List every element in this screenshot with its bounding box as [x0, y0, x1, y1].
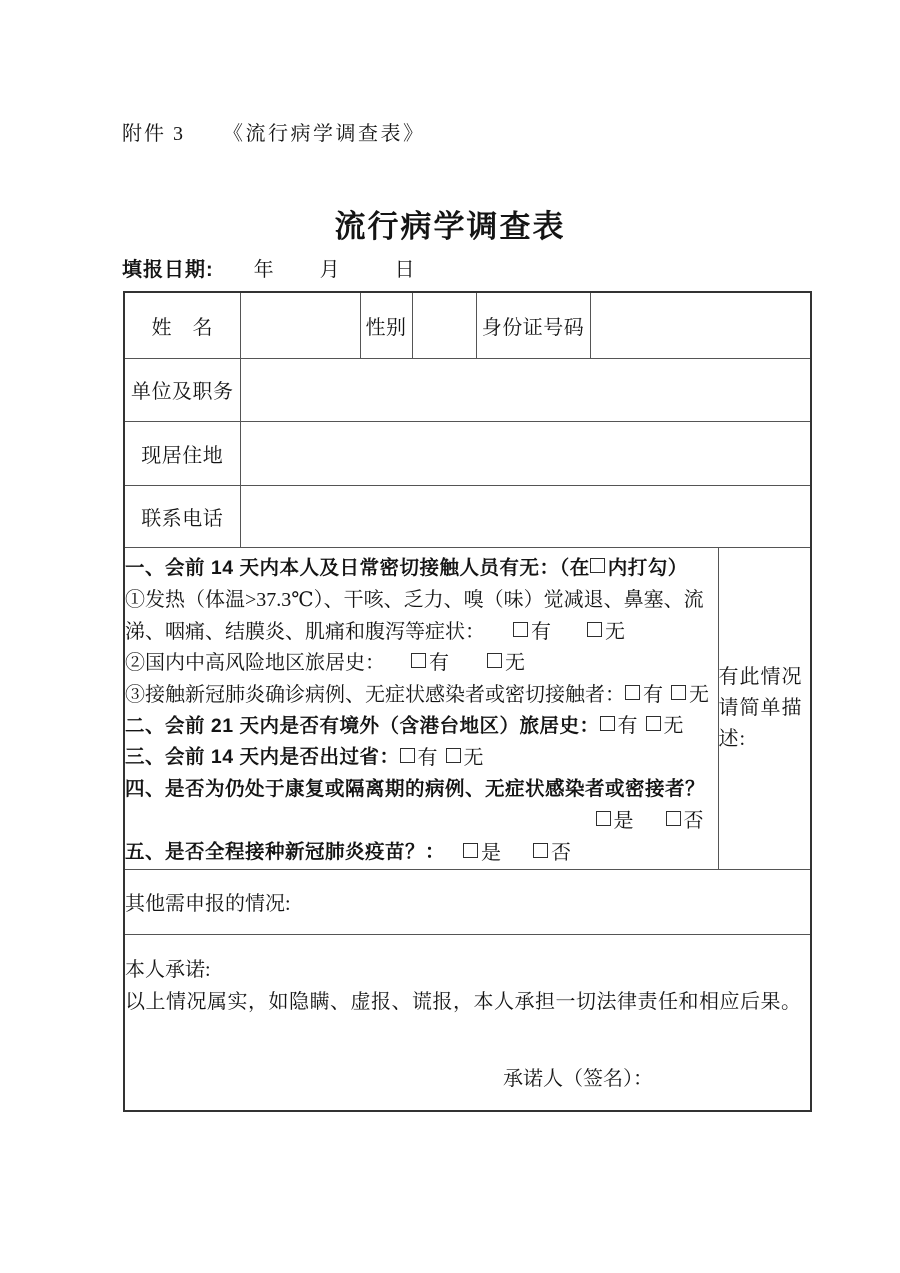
checkbox[interactable] — [600, 716, 615, 731]
attachment-label: 附件 3 — [122, 123, 185, 145]
name-input-cell[interactable] — [240, 292, 360, 358]
checkbox-label: 有 — [643, 678, 663, 707]
survey-table: 姓 名 性别 身份证号码 单位及职务 现居住地 联系电话 一、会前 14 天内本… — [123, 291, 812, 1112]
id-number-input-cell[interactable] — [590, 292, 811, 358]
question-line: ③接触新冠肺炎确诊病例、无症状感染者或密切接触者：有无 — [125, 676, 718, 708]
checkbox-label: 无 — [689, 678, 709, 707]
checkbox[interactable] — [666, 811, 681, 826]
question-text: 涕、咽痛、结膜炎、肌痛和腹泻等症状： — [125, 615, 485, 644]
name-label: 姓 名 — [124, 292, 240, 358]
table-row: 本人承诺: 以上情况属实，如隐瞒、虚报、谎报，本人承担一切法律责任和相应后果。 … — [124, 934, 811, 1111]
page-title: 流行病学调查表 — [0, 201, 900, 246]
question-text: 五、是否全程接种新冠肺炎疫苗？： — [125, 836, 445, 864]
pledge-body: 以上情况属实，如隐瞒、虚报、谎报，本人承担一切法律责任和相应后果。 — [125, 986, 810, 1018]
unit-label: 单位及职务 — [124, 358, 240, 421]
document-page: 附件 3《流行病学调查表》 流行病学调查表 填报日期:年月日 姓 名 性别 身份… — [0, 0, 900, 1273]
question-line: ②国内中高风险地区旅居史：有无 — [125, 645, 718, 677]
other-situations-cell[interactable]: 其他需申报的情况: — [124, 869, 811, 934]
question-line: 二、会前 21 天内是否有境外（含港台地区）旅居史：有无 — [125, 708, 718, 740]
checkbox-label: 有 — [429, 646, 449, 675]
checkbox[interactable] — [625, 685, 640, 700]
question-line: ①发热（体温>37.3℃）、干咳、乏力、嗅（味）觉减退、鼻塞、流 — [125, 582, 718, 614]
checkbox[interactable] — [400, 748, 415, 763]
checkbox[interactable] — [411, 653, 426, 668]
question-text: 内打勾） — [608, 552, 688, 580]
question-line: 一、会前 14 天内本人及日常密切接触人员有无：（在内打勾） — [125, 550, 718, 582]
checkbox-label: 否 — [684, 804, 704, 833]
attachment-note: 附件 3《流行病学调查表》 — [122, 117, 426, 146]
question-text: ①发热（体温>37.3℃）、干咳、乏力、嗅（味）觉减退、鼻塞、流 — [125, 583, 704, 612]
checkbox[interactable] — [646, 716, 661, 731]
question-line: 是否 — [125, 803, 718, 835]
question-text: ②国内中高风险地区旅居史： — [125, 646, 385, 675]
signature-label[interactable]: 承诺人（签名）： — [503, 1062, 810, 1091]
phone-input-cell[interactable] — [240, 485, 811, 547]
id-number-label: 身份证号码 — [476, 292, 590, 358]
question-line: 五、是否全程接种新冠肺炎疫苗？：是否 — [125, 834, 718, 866]
question-text: 四、是否为仍处于康复或隔离期的病例、无症状感染者或密接者？ — [125, 773, 705, 801]
address-label: 现居住地 — [124, 421, 240, 485]
checkbox[interactable] — [463, 843, 478, 858]
question-line: 三、会前 14 天内是否出过省：有无 — [125, 740, 718, 772]
gender-input-cell[interactable] — [412, 292, 476, 358]
checkbox-label: 有 — [618, 709, 638, 738]
checkbox[interactable] — [671, 685, 686, 700]
question-text: ③接触新冠肺炎确诊病例、无症状感染者或密切接触者： — [125, 678, 625, 707]
question-line: 涕、咽痛、结膜炎、肌痛和腹泻等症状：有无 — [125, 613, 718, 645]
checkbox-label: 有 — [418, 741, 438, 770]
address-input-cell[interactable] — [240, 421, 811, 485]
checkbox-label: 有 — [531, 615, 551, 644]
checkbox[interactable] — [487, 653, 502, 668]
question-lines: 一、会前 14 天内本人及日常密切接触人员有无：（在内打勾）①发热（体温>37.… — [124, 547, 718, 869]
question-line: 四、是否为仍处于康复或隔离期的病例、无症状感染者或密接者？ — [125, 771, 718, 803]
table-row: 一、会前 14 天内本人及日常密切接触人员有无：（在内打勾）①发热（体温>37.… — [124, 547, 811, 869]
checkbox-label: 是 — [614, 804, 634, 833]
checkbox[interactable] — [446, 748, 461, 763]
checkbox[interactable] — [596, 811, 611, 826]
checkbox-label: 无 — [605, 615, 625, 644]
checkbox[interactable] — [590, 558, 605, 573]
checkbox-label: 是 — [481, 836, 501, 865]
attachment-title: 《流行病学调查表》 — [223, 123, 426, 145]
checkbox-label: 否 — [551, 836, 571, 865]
report-date-line: 填报日期:年月日 — [122, 253, 415, 282]
checkbox-label: 无 — [664, 709, 684, 738]
description-cell[interactable]: 有此情况请简单描述: — [718, 547, 811, 869]
unit-input-cell[interactable] — [240, 358, 811, 421]
table-row: 联系电话 — [124, 485, 811, 547]
gender-label: 性别 — [360, 292, 412, 358]
pledge-cell: 本人承诺: 以上情况属实，如隐瞒、虚报、谎报，本人承担一切法律责任和相应后果。 … — [124, 934, 811, 1111]
checkbox[interactable] — [513, 622, 528, 637]
question-text: 一、会前 14 天内本人及日常密切接触人员有无：（在 — [125, 552, 590, 580]
date-year-label: 年 — [254, 259, 274, 281]
date-month-label: 月 — [320, 259, 340, 281]
checkbox[interactable] — [533, 843, 548, 858]
table-row: 其他需申报的情况: — [124, 869, 811, 934]
date-day-label: 日 — [395, 259, 415, 281]
table-row: 现居住地 — [124, 421, 811, 485]
checkbox-label: 无 — [464, 741, 484, 770]
question-text: 二、会前 21 天内是否有境外（含港台地区）旅居史： — [125, 710, 600, 738]
checkbox[interactable] — [587, 622, 602, 637]
date-label: 填报日期: — [122, 259, 214, 281]
checkbox-label: 无 — [505, 646, 525, 675]
phone-label: 联系电话 — [124, 485, 240, 547]
table-row: 单位及职务 — [124, 358, 811, 421]
table-row: 姓 名 性别 身份证号码 — [124, 292, 811, 358]
question-text: 三、会前 14 天内是否出过省： — [125, 741, 400, 769]
pledge-title: 本人承诺: — [125, 954, 810, 986]
